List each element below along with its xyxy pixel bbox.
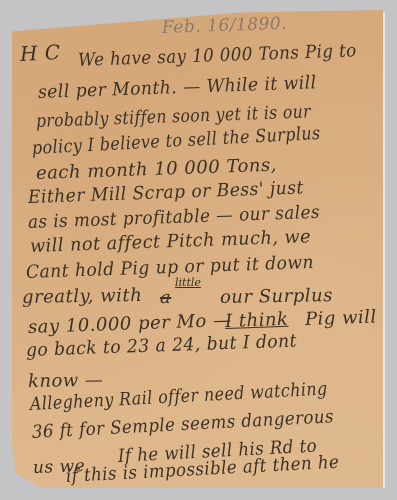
struck-word: a — [160, 287, 171, 308]
letter-line-10b: our Surplus — [220, 285, 333, 308]
inserted-word: little — [175, 276, 201, 289]
letter-line-13: know — — [28, 370, 104, 392]
letter-line-11c: Pig will — [305, 307, 377, 330]
salutation: H C — [19, 40, 61, 66]
letter-line-10: greatly, with — [22, 285, 143, 308]
paper-edge — [383, 12, 385, 488]
emphasis-i-think: I think — [225, 309, 289, 332]
